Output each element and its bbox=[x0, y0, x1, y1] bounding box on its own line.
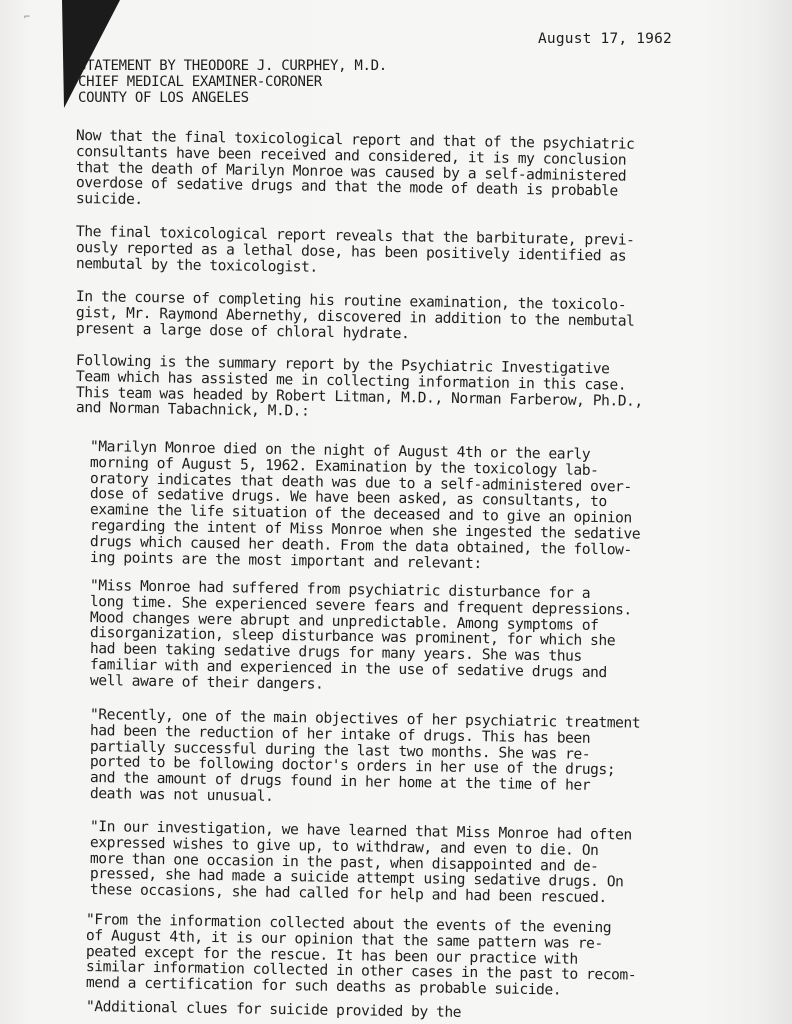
paragraph: Now that the final toxicological report … bbox=[76, 128, 635, 207]
paragraph: "Miss Monroe had suffered from psychiatr… bbox=[90, 578, 632, 689]
header-line: CHIEF MEDICAL EXAMINER-CORONER bbox=[78, 74, 387, 90]
paragraph: In the course of completing his routine … bbox=[76, 289, 635, 336]
paragraph: "In our investigation, we have learned t… bbox=[90, 819, 632, 898]
statement-header: STATEMENT BY THEODORE J. CURPHEY, M.D. C… bbox=[78, 58, 387, 106]
document-date: August 17, 1962 bbox=[538, 31, 672, 47]
text-line: "Additional clues for suicide provided b… bbox=[86, 999, 461, 1021]
margin-mark: ⌐ bbox=[24, 12, 30, 23]
header-line: STATEMENT BY THEODORE J. CURPHEY, M.D. bbox=[78, 58, 387, 74]
paragraph: "Recently, one of the main objectives of… bbox=[90, 707, 640, 802]
paragraph: Following is the summary report by the P… bbox=[76, 353, 643, 416]
paragraph: The final toxicological report reveals t… bbox=[76, 224, 635, 271]
paragraph: "From the information collected about th… bbox=[86, 912, 636, 991]
paragraph: "Marilyn Monroe died on the night of Aug… bbox=[90, 439, 640, 565]
paragraph: "Additional clues for suicide provided b… bbox=[86, 999, 461, 1015]
document-page: ⌐ August 17, 1962 STATEMENT BY THEODORE … bbox=[0, 0, 792, 1024]
header-line: COUNTY OF LOS ANGELES bbox=[78, 90, 387, 106]
